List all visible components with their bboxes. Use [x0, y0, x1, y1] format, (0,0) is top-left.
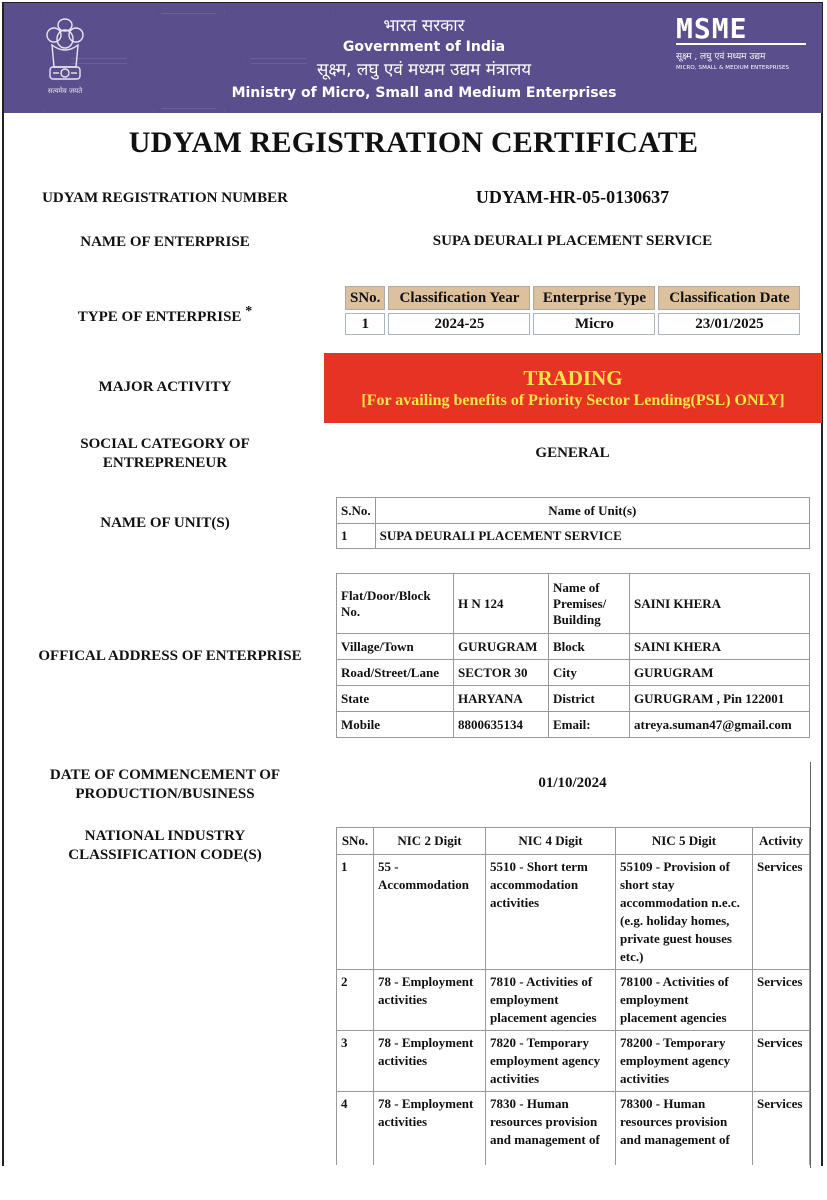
table-row: Flat/Door/Block No. H N 124 Name of Prem… — [337, 574, 810, 634]
social-category-label: SOCIAL CATEGORY OF ENTREPRENEUR — [20, 435, 310, 473]
enterprise-name-label: NAME OF ENTERPRISE — [20, 233, 310, 252]
nic-codes-table: SNo. NIC 2 Digit NIC 4 Digit NIC 5 Digit… — [336, 827, 810, 1165]
social-category-label-line2: ENTREPRENEUR — [20, 454, 310, 473]
header-banner: सत्यमेव जयते भारत सरकार Government of In… — [4, 3, 822, 113]
address-key: Mobile — [337, 712, 454, 738]
address-key: City — [549, 660, 630, 686]
major-activity-value: TRADING — [324, 365, 822, 391]
major-activity-banner: TRADING [For availing benefits of Priori… — [324, 353, 822, 423]
commencement-label: DATE OF COMMENCEMENT OF PRODUCTION/BUSIN… — [20, 766, 310, 804]
table-row: 4 78 - Employment activities 7830 - Huma… — [337, 1092, 810, 1166]
table-row: 1 SUPA DEURALI PLACEMENT SERVICE — [337, 524, 810, 549]
govt-of-india-text: Government of India — [184, 37, 664, 57]
address-value: GURUGRAM — [454, 634, 549, 660]
enterprise-type-label-text: TYPE OF ENTERPRISE — [78, 309, 242, 325]
nic-5digit: 78100 - Activities of employment placeme… — [616, 970, 753, 1031]
social-category-label-line1: SOCIAL CATEGORY OF — [20, 435, 310, 454]
msme-logo-word: MSME — [676, 15, 806, 45]
msme-logo-english: MICRO, SMALL & MEDIUM ENTERPRISES — [676, 65, 806, 71]
address-key: District — [549, 686, 630, 712]
nic-label-line1: NATIONAL INDUSTRY — [20, 827, 310, 846]
commencement-label-line2: PRODUCTION/BUSINESS — [20, 785, 310, 804]
national-emblem-icon — [42, 15, 88, 95]
table-row: Village/Town GURUGRAM Block SAINI KHERA — [337, 634, 810, 660]
nic-sno: 2 — [337, 970, 374, 1031]
table-row: State HARYANA District GURUGRAM , Pin 12… — [337, 686, 810, 712]
nic-activity: Services — [753, 1092, 810, 1166]
enterprise-type-label: TYPE OF ENTERPRISE * — [20, 302, 310, 327]
nic-5digit: 55109 - Provision of short stay accommod… — [616, 855, 753, 970]
table-row: 3 78 - Employment activities 7820 - Temp… — [337, 1031, 810, 1092]
unit-sno: 1 — [337, 524, 376, 549]
table-row: Road/Street/Lane SECTOR 30 City GURUGRAM — [337, 660, 810, 686]
classification-header-date: Classification Date — [658, 286, 800, 310]
table-row: 1 55 - Accommodation 5510 - Short term a… — [337, 855, 810, 970]
classification-year: 2024-25 — [388, 313, 530, 335]
classification-header-year: Classification Year — [388, 286, 530, 310]
classification-enterprise-type: Micro — [533, 313, 655, 335]
enterprise-name: SUPA DEURALI PLACEMENT SERVICE — [330, 233, 815, 250]
ministry-text: Ministry of Micro, Small and Medium Ente… — [184, 83, 664, 103]
nic-4digit: 7810 - Activities of employment placemen… — [486, 970, 616, 1031]
address-value: SAINI KHERA — [630, 574, 810, 634]
nic-header-activity: Activity — [753, 828, 810, 855]
nic-2digit: 78 - Employment activities — [374, 1092, 486, 1166]
social-category-value: GENERAL — [330, 445, 815, 462]
commencement-date: 01/10/2024 — [330, 775, 815, 792]
nic-header-5digit: NIC 5 Digit — [616, 828, 753, 855]
nic-sno: 1 — [337, 855, 374, 970]
address-value: H N 124 — [454, 574, 549, 634]
address-key: Road/Street/Lane — [337, 660, 454, 686]
msme-logo: MSME सूक्ष्म , लघु एवं मध्यम उद्यम MICRO… — [676, 15, 806, 71]
units-label: NAME OF UNIT(S) — [20, 514, 310, 533]
email-address: atreya.suman47@gmail.com — [630, 712, 810, 738]
registration-number: UDYAM-HR-05-0130637 — [330, 187, 815, 208]
hindi-govt-text: भारत सरकार — [184, 15, 664, 37]
commencement-label-line1: DATE OF COMMENCEMENT OF — [20, 766, 310, 785]
classification-sno: 1 — [345, 313, 385, 335]
nic-4digit: 7820 - Temporary employment agency activ… — [486, 1031, 616, 1092]
nic-4digit: 7830 - Human resources provision and man… — [486, 1092, 616, 1166]
address-key: State — [337, 686, 454, 712]
nic-2digit: 78 - Employment activities — [374, 970, 486, 1031]
address-value: HARYANA — [454, 686, 549, 712]
table-row: 1 2024-25 Micro 23/01/2025 — [345, 313, 800, 335]
table-row: 2 78 - Employment activities 7810 - Acti… — [337, 970, 810, 1031]
nic-4digit: 5510 - Short term accommodation activiti… — [486, 855, 616, 970]
nic-header-4digit: NIC 4 Digit — [486, 828, 616, 855]
nic-sno: 3 — [337, 1031, 374, 1092]
certificate-title: UDYAM REGISTRATION CERTIFICATE — [0, 126, 827, 160]
unit-name: SUPA DEURALI PLACEMENT SERVICE — [375, 524, 809, 549]
nic-header-sno: SNo. — [337, 828, 374, 855]
address-key: Flat/Door/Block No. — [337, 574, 454, 634]
classification-header-type: Enterprise Type — [533, 286, 655, 310]
registration-number-label: UDYAM REGISTRATION NUMBER — [20, 189, 310, 208]
table-row: Mobile 8800635134 Email: atreya.suman47@… — [337, 712, 810, 738]
nic-sno: 4 — [337, 1092, 374, 1166]
major-activity-label: MAJOR ACTIVITY — [20, 378, 310, 397]
emblem-caption: सत्यमेव जयते — [34, 87, 96, 96]
units-header-sno: S.No. — [337, 498, 376, 524]
classification-date: 23/01/2025 — [658, 313, 800, 335]
nic-activity: Services — [753, 855, 810, 970]
nic-2digit: 78 - Employment activities — [374, 1031, 486, 1092]
classification-header-sno: SNo. — [345, 286, 385, 310]
address-value: GURUGRAM — [630, 660, 810, 686]
major-activity-note: [For availing benefits of Priority Secto… — [324, 391, 822, 411]
nic-activity: Services — [753, 1031, 810, 1092]
nic-5digit: 78300 - Human resources provision and ma… — [616, 1092, 753, 1166]
ministry-heading: भारत सरकार Government of India सूक्ष्म, … — [184, 15, 664, 103]
nic-5digit: 78200 - Temporary employment agency acti… — [616, 1031, 753, 1092]
address-table: Flat/Door/Block No. H N 124 Name of Prem… — [336, 573, 810, 738]
hindi-ministry-text: सूक्ष्म, लघु एवं मध्यम उद्यम मंत्रालय — [184, 57, 664, 83]
units-header-name: Name of Unit(s) — [375, 498, 809, 524]
nic-label: NATIONAL INDUSTRY CLASSIFICATION CODE(S) — [20, 827, 310, 865]
asterisk-marker: * — [245, 304, 252, 319]
address-value: SECTOR 30 — [454, 660, 549, 686]
address-label: OFFICAL ADDRESS OF ENTERPRISE — [10, 647, 330, 666]
mobile-number: 8800635134 — [454, 712, 549, 738]
address-key: Email: — [549, 712, 630, 738]
classification-table: SNo. Classification Year Enterprise Type… — [342, 283, 803, 338]
units-table: S.No. Name of Unit(s) 1 SUPA DEURALI PLA… — [336, 497, 810, 549]
address-key: Village/Town — [337, 634, 454, 660]
address-key: Block — [549, 634, 630, 660]
address-key: Name of Premises/ Building — [549, 574, 630, 634]
msme-logo-hindi: सूक्ष्म , लघु एवं मध्यम उद्यम — [676, 49, 806, 62]
nic-label-line2: CLASSIFICATION CODE(S) — [20, 846, 310, 865]
nic-2digit: 55 - Accommodation — [374, 855, 486, 970]
address-value: GURUGRAM , Pin 122001 — [630, 686, 810, 712]
nic-header-2digit: NIC 2 Digit — [374, 828, 486, 855]
address-value: SAINI KHERA — [630, 634, 810, 660]
nic-activity: Services — [753, 970, 810, 1031]
